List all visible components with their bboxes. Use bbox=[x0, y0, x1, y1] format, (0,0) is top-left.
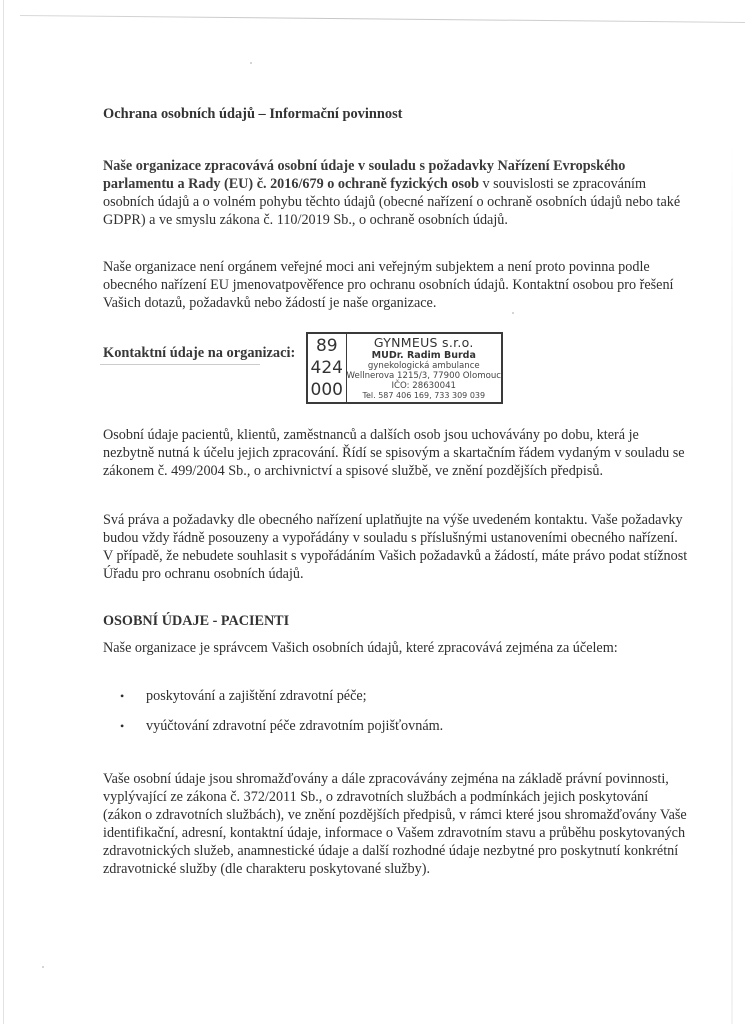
contact-label: Kontaktní údaje na organizaci: bbox=[103, 345, 295, 362]
paragraph-controller: Naše organizace je správcem Vašich osobn… bbox=[103, 639, 663, 657]
stamp-phone: Tel. 587 406 169, 733 309 039 bbox=[362, 391, 485, 401]
stamp-company: GYNMEUS s.r.o. bbox=[374, 336, 474, 350]
text-line: GDPR) a ve smyslu zákona č. 110/2019 Sb.… bbox=[103, 211, 663, 229]
document-title: Ochrana osobních údajů – Informační povi… bbox=[103, 105, 663, 123]
text-line: zdravotnických služeb, anamnestické údaj… bbox=[103, 842, 663, 860]
paragraph-retention: Osobní údaje pacientů, klientů, zaměstna… bbox=[103, 426, 663, 480]
bullet-icon: • bbox=[120, 717, 124, 735]
stamp-specialty: gynekologická ambulance bbox=[368, 361, 480, 371]
stamp-number: 89 bbox=[316, 335, 338, 357]
paragraph-gdpr-intro: Naše organizace zpracovává osobní údaje … bbox=[103, 157, 663, 229]
text-line: Vaše osobní údaje jsou shromažďovány a d… bbox=[103, 770, 663, 788]
text-line: Naše organizace není orgánem veřejné moc… bbox=[103, 258, 663, 276]
text-line: Svá práva a požadavky dle obecného naříz… bbox=[103, 511, 663, 529]
text-line: v souvislosti se zpracováním bbox=[479, 176, 646, 192]
scan-artifact-line bbox=[20, 15, 745, 23]
text-line: osobních údajů a o volném pohybu těchto … bbox=[103, 193, 663, 211]
bullet-icon: • bbox=[120, 687, 124, 705]
text-line: budou vždy řádně posouzeny a vypořádány … bbox=[103, 529, 663, 547]
stamp-info: GYNMEUS s.r.o. MUDr. Radim Burda gynekol… bbox=[347, 334, 501, 402]
text-line: zákonem č. 499/2004 Sb., o archivnictví … bbox=[103, 462, 663, 480]
scan-artifact-line bbox=[100, 364, 260, 365]
list-item-text: vyúčtování zdravotní péče zdravotním poj… bbox=[146, 718, 443, 734]
paragraph-legal-basis: Vaše osobní údaje jsou shromažďovány a d… bbox=[103, 770, 663, 878]
stamp-address: Wellnerova 1215/3, 77900 Olomouc bbox=[347, 371, 501, 381]
list-item: • vyúčtování zdravotní péče zdravotním p… bbox=[120, 717, 640, 747]
scan-speck bbox=[250, 62, 252, 64]
text-line: vyplývající ze zákona č. 372/2011 Sb., o… bbox=[103, 788, 663, 806]
scan-artifact-edge bbox=[731, 140, 733, 1024]
stamp-numbers: 89 424 000 bbox=[308, 334, 347, 402]
text-line: nezbytně nutná k účelu jejich zpracování… bbox=[103, 444, 663, 462]
paragraph-dpo: Naše organizace není orgánem veřejné moc… bbox=[103, 258, 663, 312]
text-line: Úřadu pro ochranu osobních údajů. bbox=[103, 565, 663, 583]
scan-artifact-edge bbox=[3, 0, 4, 1024]
stamp-number: 000 bbox=[311, 379, 343, 401]
stamp-ico: IČO: 28630041 bbox=[392, 381, 457, 391]
text-line: Naše organizace zpracovává osobní údaje … bbox=[103, 157, 663, 175]
text-line: (zákon o zdravotních službách), ve znění… bbox=[103, 806, 663, 824]
text-line: obecného nařízení EU jmenovatpověřence p… bbox=[103, 276, 663, 294]
purposes-list: • poskytování a zajištění zdravotní péče… bbox=[120, 687, 640, 747]
text-line: Vašich dotazů, požadavků nebo žádostí je… bbox=[103, 294, 663, 312]
company-stamp: 89 424 000 GYNMEUS s.r.o. MUDr. Radim Bu… bbox=[306, 332, 503, 404]
list-item-text: poskytování a zajištění zdravotní péče; bbox=[146, 688, 367, 704]
scan-speck bbox=[42, 966, 44, 968]
text-line: zdravotnické služby (dle charakteru posk… bbox=[103, 860, 663, 878]
stamp-doctor: MUDr. Radim Burda bbox=[372, 350, 476, 361]
text-line: V případě, že nebudete souhlasit s vypoř… bbox=[103, 547, 663, 565]
stamp-number: 424 bbox=[311, 357, 343, 379]
section-heading: OSOBNÍ ÚDAJE - PACIENTI bbox=[103, 612, 663, 630]
paragraph-rights: Svá práva a požadavky dle obecného naříz… bbox=[103, 511, 663, 583]
list-item: • poskytování a zajištění zdravotní péče… bbox=[120, 687, 640, 717]
text-line: identifikační, adresní, kontaktní údaje,… bbox=[103, 824, 663, 842]
text-line-bold: parlamentu a Rady (EU) č. 2016/679 o och… bbox=[103, 176, 479, 192]
scan-speck bbox=[512, 312, 514, 314]
text-line: Osobní údaje pacientů, klientů, zaměstna… bbox=[103, 426, 663, 444]
